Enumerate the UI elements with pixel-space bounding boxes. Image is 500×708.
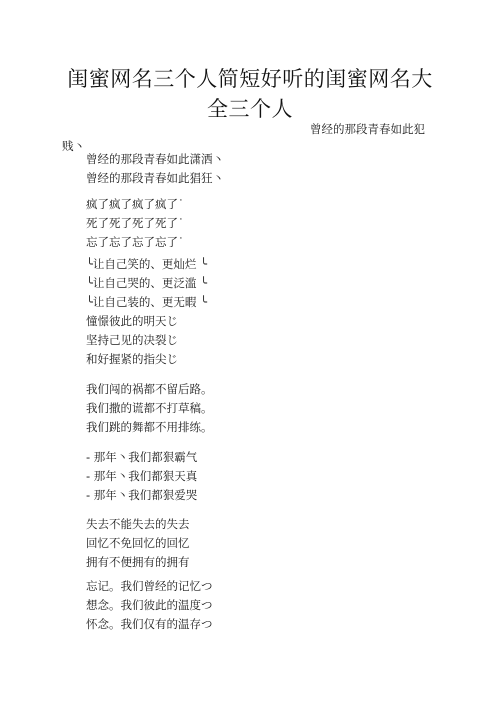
stanza-line: 回忆不免回忆的回忆 bbox=[86, 534, 190, 553]
stanza-7: 失去不能失去的失去 回忆不免回忆的回忆 拥有不便拥有的拥有 bbox=[86, 515, 190, 572]
stanza-line: 怀念。我们仅有的温存つ bbox=[86, 615, 213, 634]
document-page: 闺蜜网名三个人简短好听的闺蜜网名大 全三个人 曾经的那段青春如此犯 贱丶 曾经的… bbox=[0, 0, 500, 708]
stanza-line: - 那年丶我们都狠霸气 bbox=[86, 448, 197, 467]
stanza-line: 我们跳的舞都不用排练。 bbox=[86, 418, 213, 437]
stanza-line: 曾经的那段青春如此猖狂丶 bbox=[86, 169, 224, 188]
stanza-line: 失去不能失去的失去 bbox=[86, 515, 190, 534]
stanza-3: ╰让自己笑的、更灿烂 ╰ ╰让自己哭的、更泛滥 ╰ ╰让自己装的、更无暇 ╰ bbox=[86, 255, 207, 312]
stanza-line: 想念。我们彼此的温度つ bbox=[86, 596, 213, 615]
stanza-line: 疯了疯了疯了疯了˙ bbox=[86, 195, 184, 214]
stanza-line: 我们闯的祸都不留后路。 bbox=[86, 380, 213, 399]
page-title-line-1: 闺蜜网名三个人简短好听的闺蜜网名大 bbox=[60, 64, 440, 94]
stanza-line: 坚持己见的决裂じ bbox=[86, 331, 178, 350]
stanza-1: 曾经的那段青春如此潇洒丶 曾经的那段青春如此猖狂丶 bbox=[86, 150, 224, 188]
stanza-5: 我们闯的祸都不留后路。 我们撒的谎都不打草稿。 我们跳的舞都不用排练。 bbox=[86, 380, 213, 437]
stanza-line: 和好握紧的指尖じ bbox=[86, 350, 178, 369]
stanza-line: 忘了忘了忘了忘了˙ bbox=[86, 233, 184, 252]
stanza-line: ╰让自己笑的、更灿烂 ╰ bbox=[86, 255, 207, 274]
stanza-line: 拥有不便拥有的拥有 bbox=[86, 553, 190, 572]
stanza-line: - 那年丶我们都狠爱哭 bbox=[86, 486, 197, 505]
stanza-line: - 那年丶我们都狠天真 bbox=[86, 467, 197, 486]
stanza-8: 忘记。我们曾经的记忆つ 想念。我们彼此的温度つ 怀念。我们仅有的温存つ bbox=[86, 577, 213, 634]
stanza-line: 死了死了死了死了˙ bbox=[86, 214, 184, 233]
stanza-2: 疯了疯了疯了疯了˙ 死了死了死了死了˙ 忘了忘了忘了忘了˙ bbox=[86, 195, 184, 252]
intro-text: 曾经的那段青春如此犯 bbox=[310, 121, 425, 137]
stanza-line: 我们撒的谎都不打草稿。 bbox=[86, 399, 213, 418]
intro-text-wrapped: 贱丶 bbox=[62, 138, 85, 154]
stanza-line: 憧憬彼此的明天じ bbox=[86, 312, 178, 331]
stanza-line: 忘记。我们曾经的记忆つ bbox=[86, 577, 213, 596]
stanza-line: ╰让自己装的、更无暇 ╰ bbox=[86, 293, 207, 312]
stanza-4: 憧憬彼此的明天じ 坚持己见的决裂じ 和好握紧的指尖じ bbox=[86, 312, 178, 369]
stanza-line: ╰让自己哭的、更泛滥 ╰ bbox=[86, 274, 207, 293]
stanza-line: 曾经的那段青春如此潇洒丶 bbox=[86, 150, 224, 169]
stanza-6: - 那年丶我们都狠霸气 - 那年丶我们都狠天真 - 那年丶我们都狠爱哭 bbox=[86, 448, 197, 505]
page-title-line-2: 全三个人 bbox=[60, 94, 440, 124]
